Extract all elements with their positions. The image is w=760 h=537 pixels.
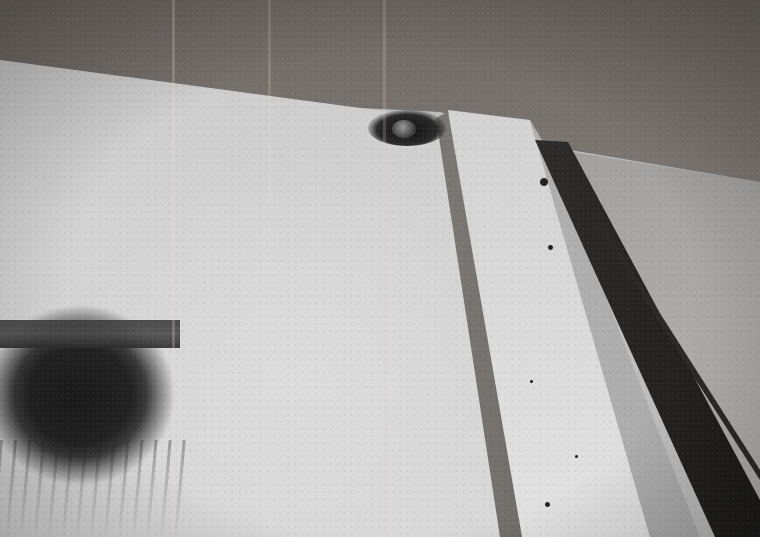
speck bbox=[545, 502, 550, 507]
fixture bbox=[392, 120, 416, 138]
photograph bbox=[0, 0, 760, 537]
film-streak bbox=[172, 0, 175, 537]
speck bbox=[530, 380, 533, 383]
film-streak bbox=[268, 0, 271, 537]
speck bbox=[548, 245, 553, 250]
stain-plank bbox=[0, 320, 180, 348]
speck bbox=[540, 178, 548, 186]
film-streak bbox=[383, 0, 386, 537]
stain-drips bbox=[0, 440, 190, 537]
speck bbox=[575, 455, 578, 458]
